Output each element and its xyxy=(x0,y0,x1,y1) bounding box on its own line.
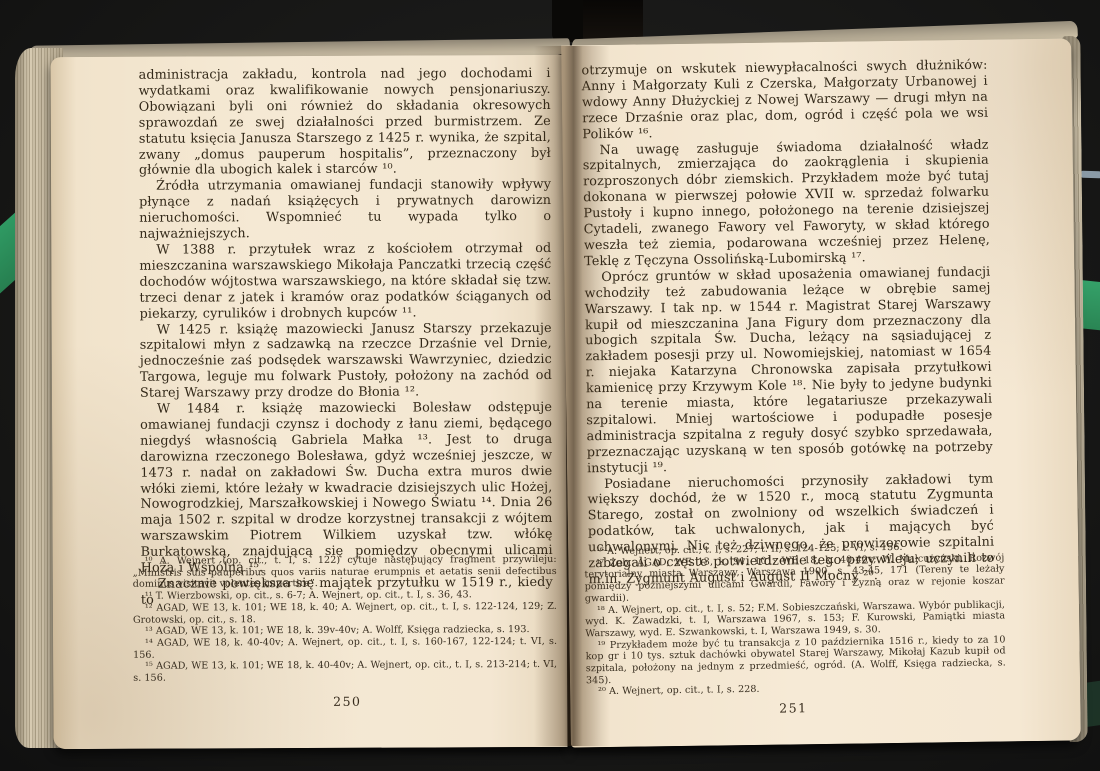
footnote: ¹⁴ AGAD, WE 18, k. 40-40v; A. Wejnert, o… xyxy=(133,636,557,661)
left-page-footnotes: ¹⁰ A. Wejnert (op. cit., t. I, s. 122) c… xyxy=(133,554,558,685)
footnote: ¹² AGAD, WE 13, k. 101; WE 18, k. 40; A.… xyxy=(133,601,557,626)
footnote: ¹⁷ Zob. AGAD, WE 13, k. 91, 101; WE 18, … xyxy=(584,552,1005,605)
paragraph: W 1388 r. przytułek wraz z kościołem otr… xyxy=(139,241,551,322)
paragraph: Źródła utrzymania omawianej fundacji sta… xyxy=(139,177,551,242)
open-book: administracja zakładu, kontrola nad jego… xyxy=(0,0,1100,771)
left-page: administracja zakładu, kontrola nad jego… xyxy=(50,55,567,749)
footnote: ¹⁰ A. Wejnert (op. cit., t. I, s. 122) c… xyxy=(133,554,557,591)
footnote: ¹⁵ AGAD, WE 13, k. 101; WE 18, k. 40-40v… xyxy=(133,659,557,684)
right-page: otrzymuje on wskutek niewypłacalności sw… xyxy=(561,38,1081,747)
paragraph: Na uwagę zasługuje świadoma działalność … xyxy=(582,137,990,270)
paragraph: W 1425 r. książę mazowiecki Janusz Stars… xyxy=(140,320,552,401)
paragraph: otrzymuje on wskutek niewypłacalności sw… xyxy=(581,58,988,143)
footnote: ¹⁹ Przykładem może być tu transakcja z 1… xyxy=(585,634,1006,687)
right-page-body-text: otrzymuje on wskutek niewypłacalności sw… xyxy=(581,58,994,589)
paragraph: administracja zakładu, kontrola nad jego… xyxy=(139,66,551,179)
left-page-number: 250 xyxy=(141,693,553,710)
paragraph: Oprócz gruntów w skład uposażenia omawia… xyxy=(584,264,993,476)
left-page-body-text: administracja zakładu, kontrola nad jego… xyxy=(139,66,553,609)
footnote: ¹⁸ A. Wejnert, op. cit., t. I, s. 52; F.… xyxy=(585,599,1005,640)
paragraph: W 1484 r. książę mazowiecki Bolesław ods… xyxy=(140,400,553,577)
right-page-footnotes: ¹⁶ A. Wejnert, op. cit., t. I, s. 227; t… xyxy=(584,540,1006,698)
right-page-number: 251 xyxy=(590,698,996,719)
photo-of-open-book: { "book": { "left_page": { "number": "25… xyxy=(0,0,1100,771)
